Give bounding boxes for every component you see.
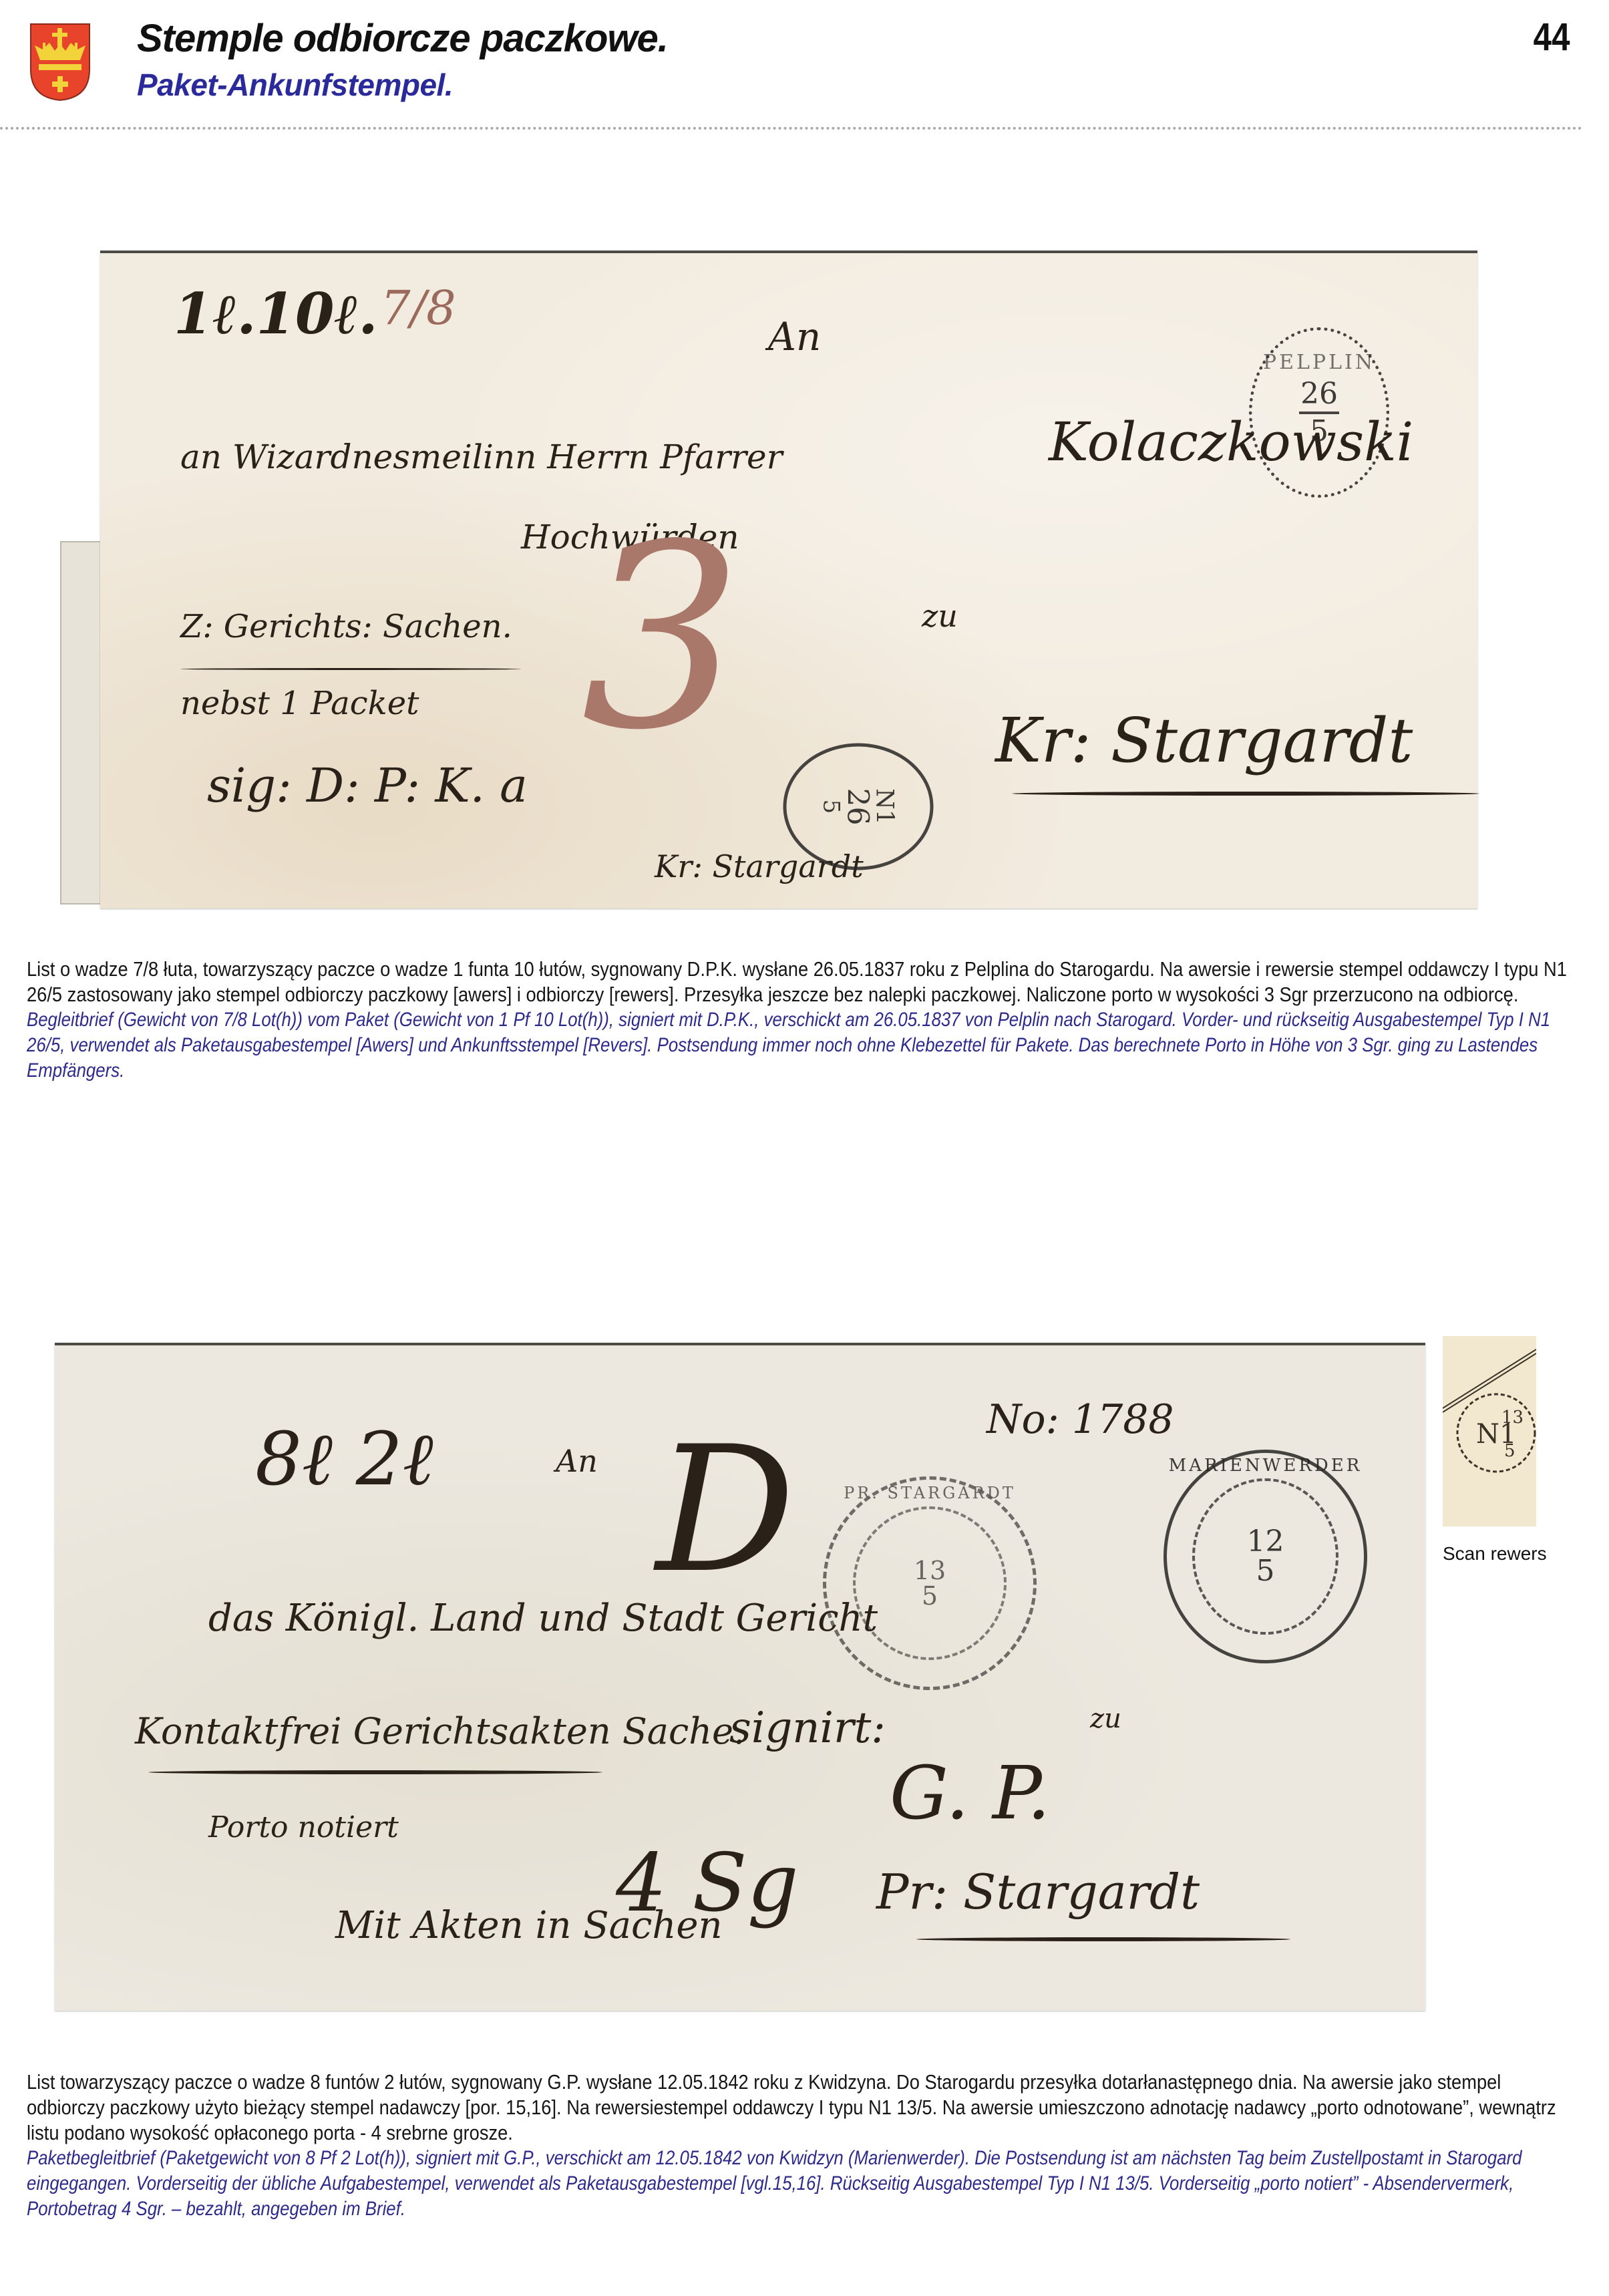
page-number: 44	[1534, 15, 1570, 59]
caption-2-german: Paketbegleitbrief (Paketgewicht von 8 Pf…	[27, 2146, 1579, 2222]
signed-label: signirt:	[729, 1703, 886, 1753]
greeting: An	[768, 314, 821, 359]
page-title: Stemple odbiorcze paczkowe.	[137, 16, 668, 61]
big-d-flourish: D	[656, 1410, 795, 1611]
scan-rewers-image: N1 13 5	[1443, 1336, 1536, 1526]
cover-1842-envelope: 8ℓ 2ℓ An No: 1788 D das Königl. Land und…	[55, 1343, 1425, 2011]
caption-1-german: Begleitbrief (Gewicht von 7/8 Lot(h)) vo…	[27, 1007, 1579, 1084]
n1-postmark: N1 26 5	[783, 744, 934, 870]
destination-underline	[1012, 792, 1479, 796]
destination: Pr: Stargardt	[876, 1864, 1200, 1920]
signature: G. P.	[890, 1750, 1051, 1836]
address-line-1: an Wizardnesmeilinn Herrn Pfarrer	[180, 438, 783, 476]
destination: Kr: Stargardt	[995, 705, 1413, 776]
weight-note: 1ℓ.10ℓ.	[174, 281, 378, 347]
weight-note: 8ℓ 2ℓ	[255, 1416, 433, 1502]
zu-note: zu	[1090, 1703, 1121, 1734]
left-note-2: nebst 1 Packet	[180, 685, 419, 722]
porto-mark-3: 3	[581, 511, 743, 765]
number-note: No: 1788	[987, 1396, 1174, 1443]
stargardt-postmark: PR. STARGARDT 13 5	[823, 1476, 1037, 1690]
marienwerder-postmark: MARIENWERDER 12 5	[1164, 1450, 1367, 1663]
address-line-1: das Königl. Land und Stadt Gericht	[208, 1597, 878, 1640]
destination-underline	[916, 1937, 1290, 1941]
left-note-3: sig: D: P: K. a	[207, 758, 528, 813]
left-note-1: Z: Gerichts: Sachen.	[180, 608, 512, 645]
caption-1-polish: List o wadze 7/8 łuta, towarzyszący pacz…	[27, 957, 1574, 1007]
cover-1837-envelope: 1ℓ.10ℓ. 7/8 An an Wizardnesmeilinn Herrn…	[100, 251, 1477, 909]
caption-2-polish: List towarzyszący paczce o wadze 8 funtó…	[27, 2070, 1574, 2146]
coat-of-arms-icon	[29, 23, 91, 102]
caption-2: List towarzyszący paczce o wadze 8 funtó…	[27, 2070, 1583, 2222]
reverse-postmark-icon: N1 13 5	[1443, 1336, 1536, 1526]
svg-text:13: 13	[1501, 1408, 1524, 1428]
header-divider	[0, 127, 1583, 130]
address-line-2: Kontaktfrei Gerichtsakten Sache.	[135, 1710, 745, 1752]
page-subtitle: Paket-Ankunfstempel.	[137, 67, 453, 103]
bottom-note: Mit Akten in Sachen	[335, 1904, 723, 1947]
porto-note: Porto notiert	[208, 1810, 399, 1844]
zu-note: zu	[922, 598, 958, 634]
fraction-note: 7/8	[381, 281, 456, 335]
scan-rewers-label: Scan rewers	[1443, 1543, 1547, 1565]
svg-text:5: 5	[1504, 1441, 1515, 1461]
left-note-underline	[180, 668, 521, 670]
caption-1: List o wadze 7/8 łuta, towarzyszący pacz…	[27, 957, 1583, 1084]
address-underline	[148, 1770, 602, 1774]
pelplin-postmark: PELPLIN 26 5	[1249, 327, 1389, 498]
greeting: An	[556, 1443, 598, 1479]
